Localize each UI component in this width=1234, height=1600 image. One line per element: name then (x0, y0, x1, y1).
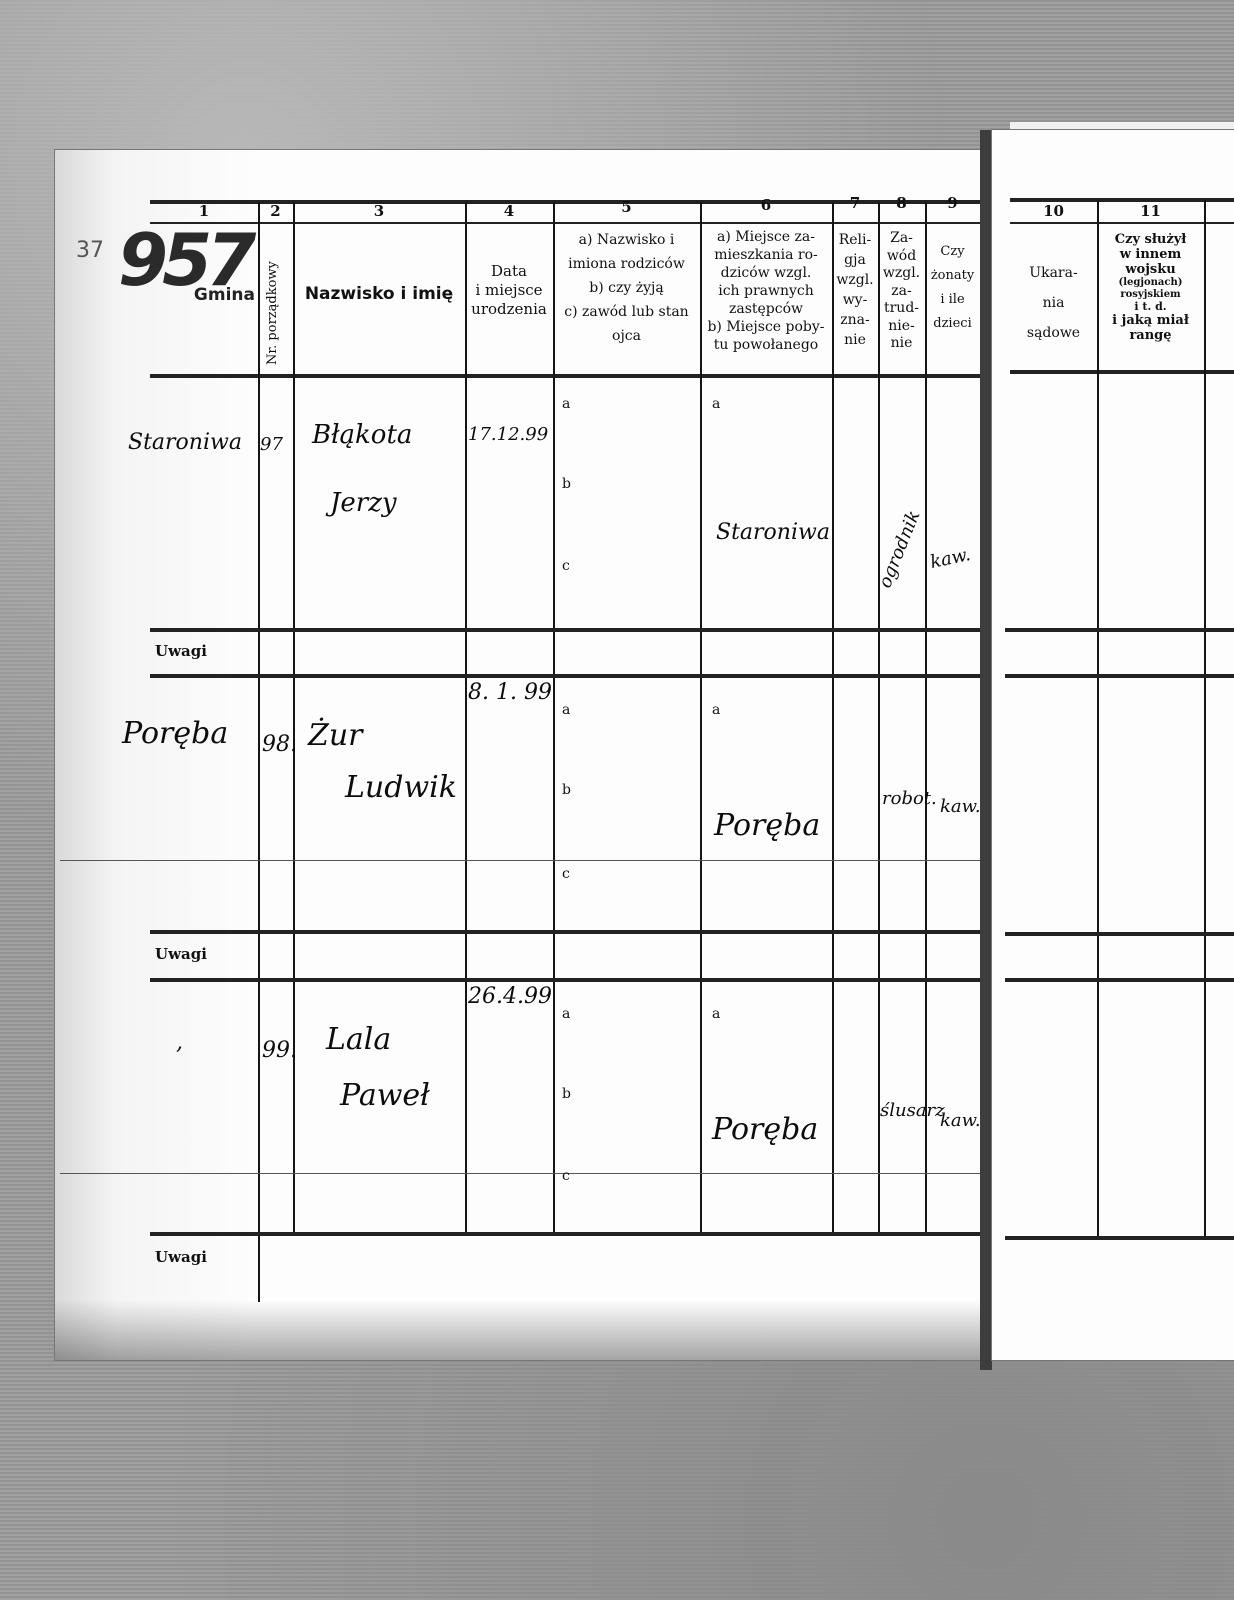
col-header-military-service: Czy służył w innem wojsku (legjonach) ro… (1097, 232, 1204, 343)
right-entry-2-bottom-rule (1005, 932, 1234, 936)
entry-1-birth-date: 17.12.99 (468, 424, 548, 445)
col-divider-1-2 (258, 202, 260, 1302)
col-header-birth: Data i miejsce urodzenia (465, 262, 553, 319)
right-header-bottom-rule (1010, 370, 1234, 374)
occupation-header-line: za- (878, 283, 925, 301)
convictions-header-line: nia (1010, 288, 1097, 318)
military-header-line: i t. d. (1097, 301, 1204, 313)
col-header-occupation: Za- wód wzgl. za- trud- nie- nie (878, 230, 925, 353)
col-header-name: Nazwisko i imię (293, 286, 465, 302)
married-header-line: żonaty (925, 264, 980, 288)
guide-line (60, 860, 980, 861)
remarks-label-3: Uwagi (155, 1248, 207, 1266)
residence-header-line: b) Miejsce poby- (700, 318, 832, 336)
entry-2-bottom-rule (150, 930, 980, 934)
col-number-7: 7 (832, 194, 878, 212)
col-divider-10-11 (1097, 200, 1099, 1240)
convictions-header-line: sądowe (1010, 318, 1097, 348)
remarks-label-2: Uwagi (155, 945, 207, 963)
residence-header-line: ich prawnych (700, 282, 832, 300)
sublabel-a: a (562, 1006, 570, 1022)
entry-3-residence: Poręba (712, 1112, 818, 1147)
stamp-number: 957 (118, 218, 250, 302)
parents-header-line: c) zawód lub stan (553, 300, 700, 324)
entry-3-marital: kaw. (940, 1110, 981, 1131)
married-header-line: Czy (925, 240, 980, 264)
col-number-4: 4 (465, 202, 553, 220)
convictions-header-line: Ukara- (1010, 258, 1097, 288)
col-divider-4-5 (553, 202, 555, 1232)
entry-3-occupation: ślusarz (880, 1100, 945, 1121)
sublabel-b: b (562, 782, 571, 798)
residence-header-line: zastępców (700, 300, 832, 318)
col-header-religion: Reli- gja wzgl. wy- zna- nie (832, 230, 878, 350)
residence-header-line: a) Miejsce za- (700, 228, 832, 246)
entry-2-marital: kaw. (940, 796, 981, 817)
col-header-nr: Nr. porządkowy (265, 225, 280, 365)
sublabel-c: c (562, 866, 570, 882)
col-number-6: 6 (700, 196, 832, 214)
col-number-9: 9 (925, 194, 980, 212)
religion-header-line: wy- (832, 290, 878, 310)
header-bottom-rule (150, 374, 980, 378)
entry-1-given-name: Jerzy (330, 488, 397, 518)
birth-header-line: i miejsce (475, 281, 542, 299)
military-header-line: i jaką miał (1097, 313, 1204, 328)
military-header-line: wojsku (1097, 262, 1204, 277)
entry-2-birth-date: 8. 1. 99 (468, 680, 552, 705)
occupation-header-line: wzgl. (878, 265, 925, 283)
guide-line (60, 1173, 980, 1174)
col-divider-6-7 (832, 202, 834, 1232)
residence-header-line: tu powołanego (700, 336, 832, 354)
entry-2-residence: Poręba (714, 808, 820, 843)
sublabel-c: c (562, 1168, 570, 1184)
col-header-residence: a) Miejsce za- mieszkania ro- dziców wzg… (700, 228, 832, 354)
occupation-header-line: nie (878, 335, 925, 353)
residence-header-line: mieszkania ro- (700, 246, 832, 264)
residence-header-line: dziców wzgl. (700, 264, 832, 282)
sublabel-c: c (562, 558, 570, 574)
entry-1-surname: Błąkota (312, 420, 412, 450)
sublabel-a: a (562, 396, 570, 412)
entry-3-gmina: , (176, 1030, 183, 1055)
entry-1-gmina: Staroniwa (128, 430, 242, 455)
entry-3-bottom-rule (150, 1232, 980, 1236)
parents-header-line: a) Nazwisko i (553, 228, 700, 252)
military-header-line: w innem (1097, 247, 1204, 262)
religion-header-line: wzgl. (832, 270, 878, 290)
right-entry-3-bottom-rule (1005, 1236, 1234, 1240)
married-header-line: i ile (925, 288, 980, 312)
entry-2-given-name: Ludwik (345, 770, 457, 805)
entry-2-surname: Żur (308, 718, 363, 753)
religion-header-line: Reli- (832, 230, 878, 250)
entry-1-residence: Staroniwa (716, 520, 830, 545)
col-divider-7-8 (878, 202, 880, 1232)
col-divider-8-9 (925, 202, 927, 1232)
occupation-header-line: trud- (878, 300, 925, 318)
sublabel-a: a (712, 1006, 720, 1022)
parents-header-line: ojca (553, 324, 700, 348)
col-number-2: 2 (258, 202, 293, 220)
right-header-number-rule (1010, 222, 1234, 224)
sublabel-b: b (562, 1086, 571, 1102)
entry-3-given-name: Paweł (340, 1078, 430, 1113)
remarks-2-bottom-rule (150, 978, 980, 982)
right-remarks-2-bottom-rule (1005, 978, 1234, 982)
col-header-married: Czy żonaty i ile dzieci (925, 240, 980, 336)
religion-header-line: gja (832, 250, 878, 270)
religion-header-line: zna- (832, 310, 878, 330)
col-number-11: 11 (1097, 202, 1204, 220)
entry-3-birth-date: 26.4.99 (468, 984, 552, 1009)
remarks-1-bottom-rule (150, 674, 980, 678)
col-header-convictions: Ukara- nia sądowe (1010, 258, 1097, 348)
entry-2-gmina: Poręba (122, 716, 228, 751)
pencil-number: 37 (76, 238, 104, 263)
religion-header-line: nie (832, 330, 878, 350)
remarks-label-1: Uwagi (155, 642, 207, 660)
col-number-3: 3 (293, 202, 465, 220)
entry-2-nr: 98. (262, 732, 297, 757)
sublabel-a: a (712, 396, 720, 412)
entry-3-surname: Lala (326, 1022, 391, 1057)
col-number-5: 5 (553, 198, 700, 216)
military-header-line: Czy służył (1097, 232, 1204, 247)
header-number-rule (150, 222, 980, 224)
military-header-line: rangę (1097, 328, 1204, 343)
col-number-8: 8 (878, 194, 925, 212)
entry-1-bottom-rule (150, 628, 980, 632)
col-divider-2-3 (293, 202, 295, 1232)
entry-3-nr: 99. (262, 1038, 297, 1063)
book-gutter (980, 130, 992, 1370)
parents-header-line: b) czy żyją (553, 276, 700, 300)
occupation-header-line: nie- (878, 318, 925, 336)
sublabel-a: a (562, 702, 570, 718)
entry-2-occupation: robot. (882, 788, 937, 809)
col-divider-3-4 (465, 202, 467, 1232)
right-entry-1-bottom-rule (1005, 628, 1234, 632)
sublabel-b: b (562, 476, 571, 492)
right-remarks-1-bottom-rule (1005, 674, 1234, 678)
col-divider-11-12 (1204, 200, 1206, 1240)
col-header-parents: a) Nazwisko i imiona rodziców b) czy żyj… (553, 228, 700, 348)
col-divider-5-6 (700, 202, 702, 1232)
occupation-header-line: wód (878, 248, 925, 266)
entry-1-nr: 97 (260, 434, 283, 455)
birth-header-line: Data (491, 262, 527, 280)
sublabel-a: a (712, 702, 720, 718)
birth-header-line: urodzenia (471, 300, 547, 318)
married-header-line: dzieci (925, 312, 980, 336)
occupation-header-line: Za- (878, 230, 925, 248)
parents-header-line: imiona rodziców (553, 252, 700, 276)
military-header-line: (legjonach) (1097, 277, 1204, 289)
col-number-10: 10 (1010, 202, 1097, 220)
